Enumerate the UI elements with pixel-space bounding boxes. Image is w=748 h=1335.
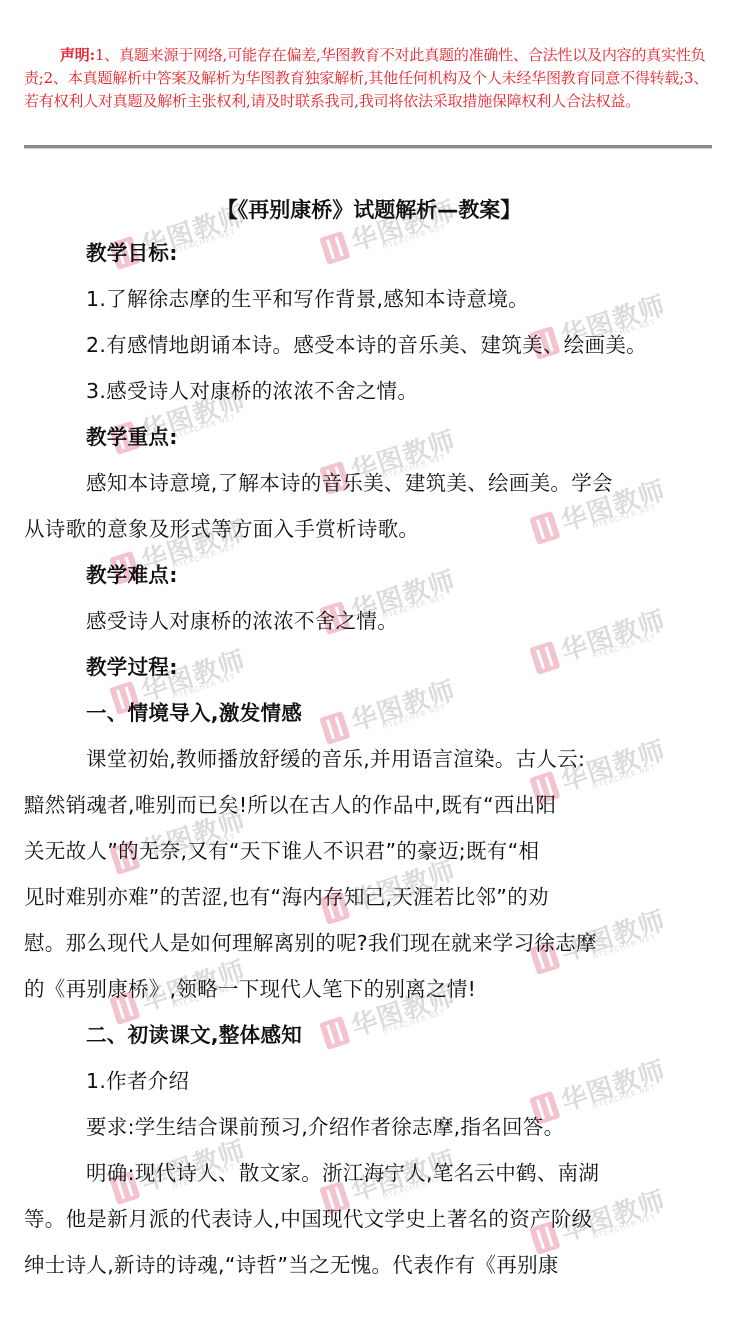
paragraph-line: 1.了解徐志摩的生平和写作背景,感知本诗意境。	[24, 276, 714, 322]
disclaimer-label: 声明:	[60, 46, 95, 64]
paragraph-line: 课堂初始,教师播放舒缓的音乐,并用语言渲染。古人云:	[24, 736, 714, 782]
paragraph-line: 慰。那么现代人是如何理解离别的呢?我们现在就来学习徐志摩	[24, 920, 714, 966]
section-heading: 教学目标:	[24, 230, 714, 276]
paragraph-line: 要求:学生结合课前预习,介绍作者徐志摩,指名回答。	[24, 1104, 714, 1150]
header-divider	[24, 145, 712, 149]
paragraph-line: 感受诗人对康桥的浓浓不舍之情。	[24, 598, 714, 644]
disclaimer: 声明:1、真题来源于网络,可能存在偏差,华图教育不对此真题的准确性、合法性以及内…	[24, 44, 712, 113]
section-heading: 教学难点:	[24, 552, 714, 598]
lesson-plan-document: 【《再别康桥》试题解析—教案】 教学目标:1.了解徐志摩的生平和写作背景,感知本…	[24, 190, 714, 1288]
paragraph-line: 1.作者介绍	[24, 1058, 714, 1104]
document-body: 教学目标:1.了解徐志摩的生平和写作背景,感知本诗意境。2.有感情地朗诵本诗。感…	[24, 230, 714, 1288]
paragraph-line: 明确:现代诗人、散文家。浙江海宁人,笔名云中鹤、南湖	[24, 1150, 714, 1196]
section-heading: 一、情境导入,激发情感	[24, 690, 714, 736]
paragraph-line: 绅士诗人,新诗的诗魂,“诗哲”当之无愧。代表作有《再别康	[24, 1242, 714, 1288]
paragraph-line: 感知本诗意境,了解本诗的音乐美、建筑美、绘画美。学会	[24, 460, 714, 506]
paragraph-line: 关无故人”的无奈,又有“天下谁人不识君”的豪迈;既有“相	[24, 828, 714, 874]
disclaimer-text: 1、真题来源于网络,可能存在偏差,华图教育不对此真题的准确性、合法性以及内容的真…	[24, 46, 708, 110]
section-heading: 教学重点:	[24, 414, 714, 460]
paragraph-line: 3.感受诗人对康桥的浓浓不舍之情。	[24, 368, 714, 414]
paragraph-line: 的《再别康桥》,领略一下现代人笔下的别离之情!	[24, 966, 714, 1012]
section-heading: 教学过程:	[24, 644, 714, 690]
paragraph-line: 2.有感情地朗诵本诗。感受本诗的音乐美、建筑美、绘画美。	[24, 322, 714, 368]
document-title: 【《再别康桥》试题解析—教案】	[24, 190, 714, 230]
paragraph-line: 见时难别亦难”的苦涩,也有“海内存知己,天涯若比邻”的劝	[24, 874, 714, 920]
paragraph-line: 黯然销魂者,唯别而已矣!所以在古人的作品中,既有“西出阳	[24, 782, 714, 828]
paragraph-line: 从诗歌的意象及形式等方面入手赏析诗歌。	[24, 506, 714, 552]
paragraph-line: 等。他是新月派的代表诗人,中国现代文学史上著名的资产阶级	[24, 1196, 714, 1242]
section-heading: 二、初读课文,整体感知	[24, 1012, 714, 1058]
